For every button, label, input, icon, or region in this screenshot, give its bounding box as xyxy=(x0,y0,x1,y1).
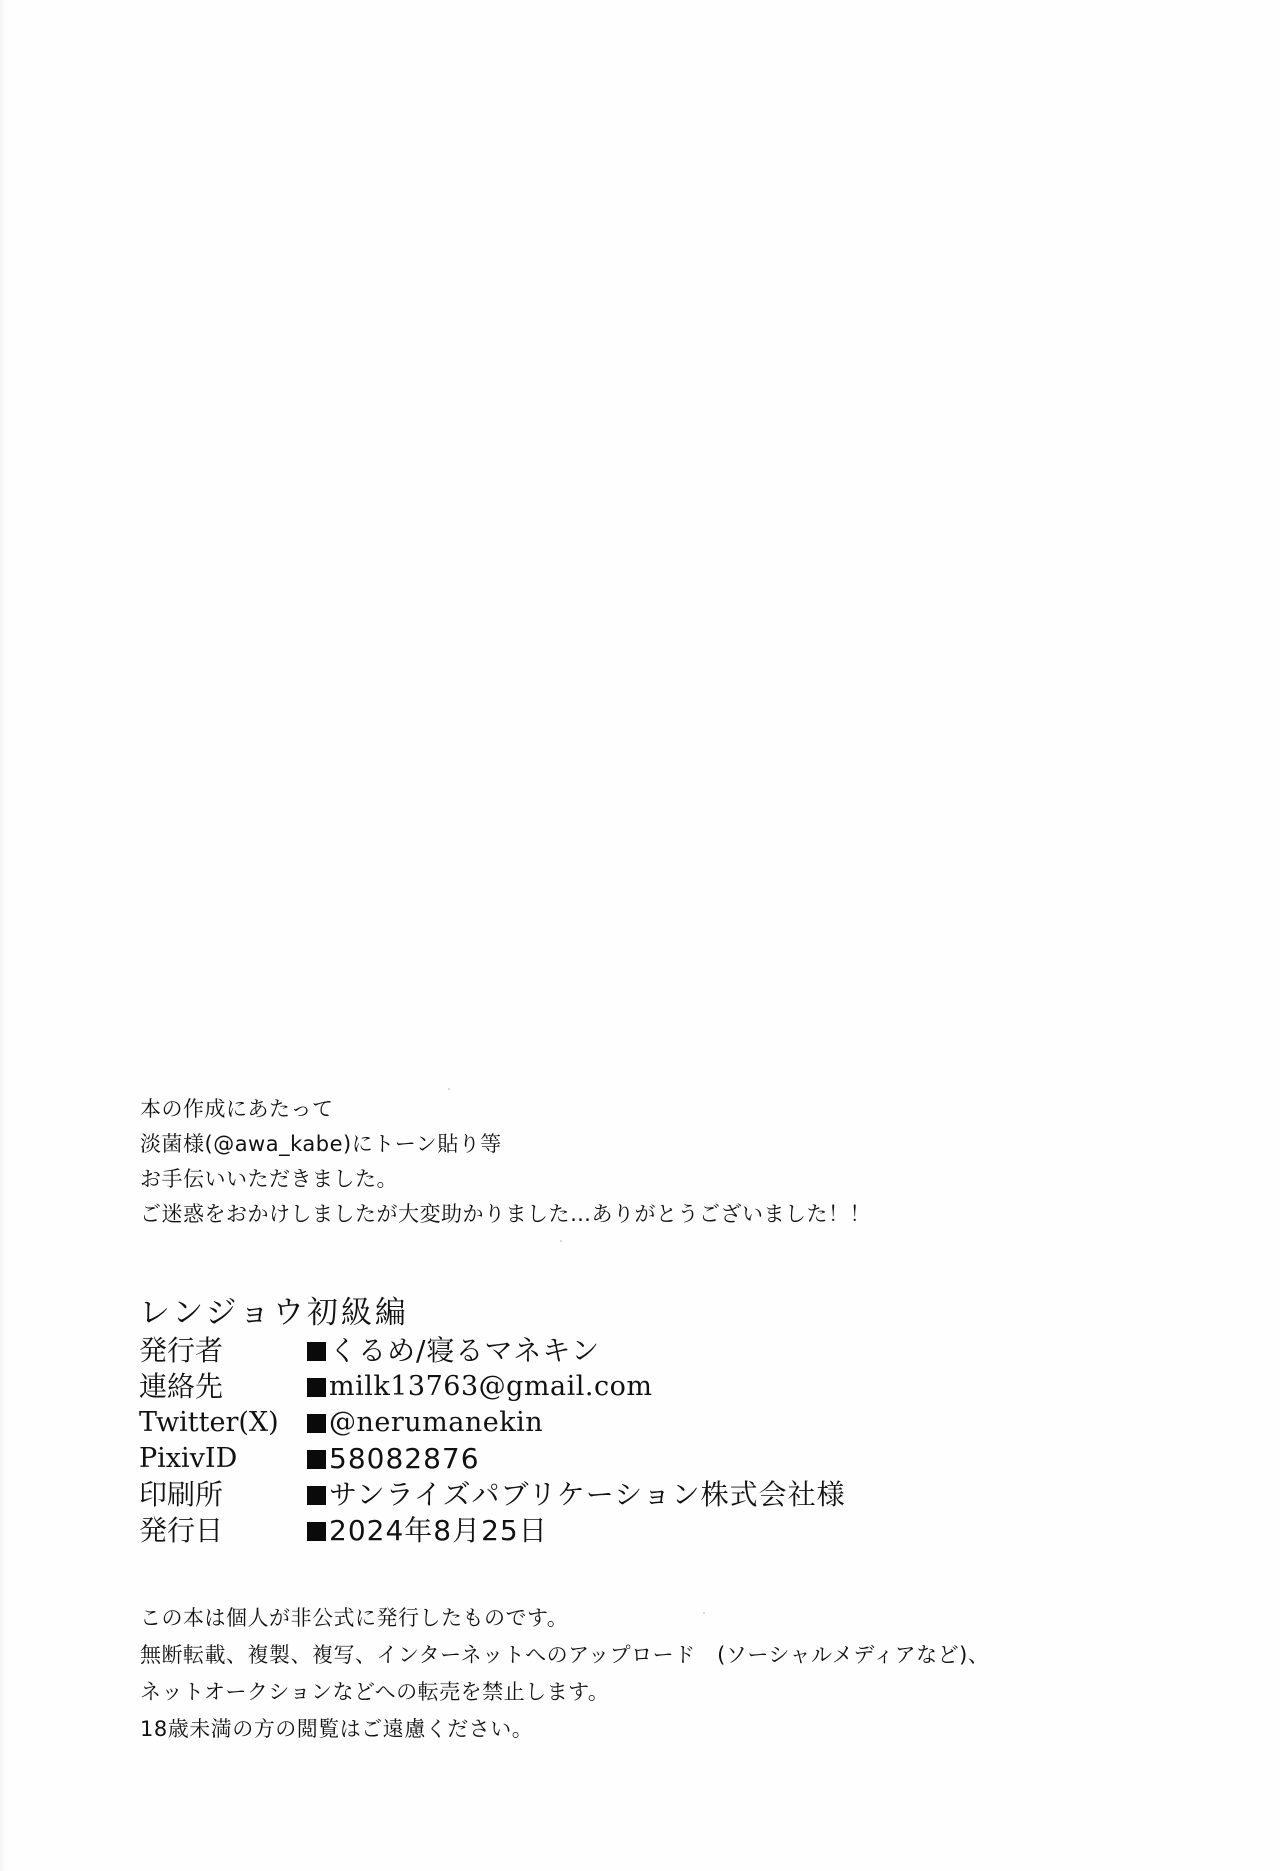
notice-line: 18歳未満の方の閲覧はご遠慮ください。 xyxy=(140,1711,989,1748)
acknowledgement-block: 本の作成にあたって 淡菌様(@awa_kabe)にトーン貼り等 お手伝いいただき… xyxy=(140,1092,871,1232)
colophon-row-publisher: 発行者 くるめ/寝るマネキン xyxy=(139,1333,846,1369)
colophon-label: PixivID xyxy=(139,1441,307,1477)
black-square-icon xyxy=(307,1378,326,1397)
colophon-value: サンライズパブリケーション株式会社様 xyxy=(329,1477,846,1513)
colophon-value-email: milk13763@gmail.com xyxy=(329,1369,652,1405)
colophon-value-twitter: @nerumanekin xyxy=(329,1405,543,1441)
acknowledgement-line: 淡菌様(@awa_kabe)にトーン貼り等 xyxy=(140,1127,871,1162)
black-square-icon xyxy=(307,1342,326,1361)
notice-line: ネットオークションなどへの転売を禁止します。 xyxy=(140,1674,989,1711)
acknowledgement-line: 本の作成にあたって xyxy=(140,1092,871,1127)
colophon-row-date: 発行日 2024年8月25日 xyxy=(139,1513,846,1549)
colophon-value-date: 2024年8月25日 xyxy=(329,1513,548,1549)
legal-notice-block: この本は個人が非公式に発行したものです。 無断転載、複製、複写、インターネットへ… xyxy=(140,1600,989,1748)
colophon-label: 連絡先 xyxy=(139,1369,307,1405)
colophon-label: 発行者 xyxy=(139,1333,307,1369)
book-title: レンジョウ初級編 xyxy=(139,1293,846,1333)
scan-edge-shadow xyxy=(0,0,6,1871)
colophon-row-printer: 印刷所 サンライズパブリケーション株式会社様 xyxy=(139,1477,846,1513)
scan-speck xyxy=(560,1240,562,1242)
notice-line: 無断転載、複製、複写、インターネットへのアップロード (ソーシャルメディアなど)… xyxy=(140,1637,989,1674)
scan-speck xyxy=(448,1088,450,1090)
book-colophon-page: 本の作成にあたって 淡菌様(@awa_kabe)にトーン貼り等 お手伝いいただき… xyxy=(0,0,1280,1871)
black-square-icon xyxy=(307,1450,326,1469)
black-square-icon xyxy=(307,1414,326,1433)
colophon-row-twitter: Twitter(X) @nerumanekin xyxy=(139,1405,846,1441)
acknowledgement-line: ご迷惑をおかけしましたが大変助かりました…ありがとうございました！！ xyxy=(140,1197,871,1232)
colophon-label: Twitter(X) xyxy=(139,1405,307,1441)
acknowledgement-line: お手伝いいただきました。 xyxy=(140,1162,871,1197)
black-square-icon xyxy=(307,1522,326,1541)
colophon-label: 発行日 xyxy=(139,1513,307,1549)
black-square-icon xyxy=(307,1486,326,1505)
colophon-row-contact: 連絡先 milk13763@gmail.com xyxy=(139,1369,846,1405)
notice-line: この本は個人が非公式に発行したものです。 xyxy=(140,1600,989,1637)
colophon-block: レンジョウ初級編 発行者 くるめ/寝るマネキン 連絡先 milk13763@gm… xyxy=(139,1293,846,1549)
colophon-value-pixiv: 58082876 xyxy=(329,1441,480,1477)
colophon-value: くるめ/寝るマネキン xyxy=(329,1333,600,1369)
colophon-row-pixiv: PixivID 58082876 xyxy=(139,1441,846,1477)
colophon-label: 印刷所 xyxy=(139,1477,307,1513)
